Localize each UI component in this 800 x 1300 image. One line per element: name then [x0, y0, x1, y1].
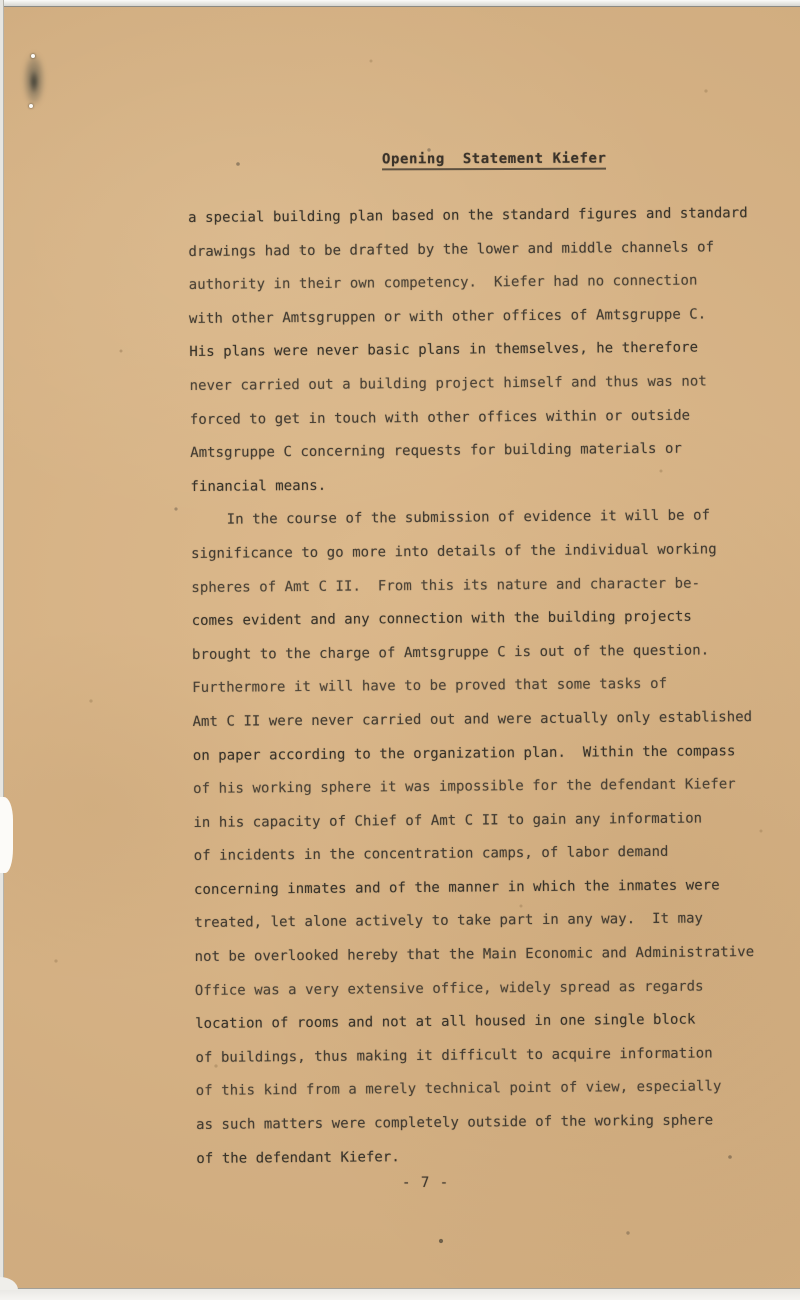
text-line: with other Amtsgruppen or with other off…: [189, 298, 789, 337]
text-line: His plans were never basic plans in them…: [189, 331, 789, 370]
staple-hole: [31, 54, 35, 58]
text-line: Furthermore it will have to be proved th…: [192, 667, 792, 706]
text-line: of incidents in the concentration camps,…: [194, 835, 794, 874]
text-line: treated, let alone actively to take part…: [194, 902, 794, 941]
text-body: a special building plan based on the sta…: [188, 197, 796, 1176]
text-line: Office was a very extensive office, wide…: [195, 969, 795, 1008]
page-number: - 7 -: [402, 1175, 449, 1191]
text-line: a special building plan based on the sta…: [188, 197, 788, 236]
text-line: spheres of Amt C II. From this its natur…: [191, 566, 791, 605]
paper-corner-bottom-left: [0, 1277, 18, 1290]
text-line: comes evident and any connection with th…: [192, 600, 792, 639]
staple-smudge-core: [28, 66, 40, 98]
text-line: brought to the charge of Amtsgruppe C is…: [192, 633, 792, 672]
text-line: in his capacity of Chief of Amt C II to …: [193, 801, 793, 840]
text-line: drawings had to be drafted by the lower …: [188, 230, 788, 269]
text-line: authority in their own competency. Kiefe…: [189, 264, 789, 303]
text-line: financial means.: [190, 466, 790, 505]
text-line: of his working sphere it was impossible …: [193, 768, 793, 807]
scan-edge-bottom: [0, 1288, 800, 1300]
staple-hole: [29, 104, 33, 108]
scan-edge-top: [0, 0, 800, 7]
text-line: Amtsgruppe C concerning requests for bui…: [190, 432, 790, 471]
text-line: on paper according to the organization p…: [193, 734, 793, 773]
scanned-document-page: Opening Statement Kiefer a special build…: [0, 0, 800, 1300]
text-line: of the defendant Kiefer.: [196, 1137, 796, 1176]
text-line: Amt C II were never carried out and were…: [192, 701, 792, 740]
text-line: not be overlooked hereby that the Main E…: [194, 936, 794, 975]
text-line: In the course of the submission of evide…: [191, 499, 791, 538]
text-line: as such matters were completely outside …: [196, 1104, 796, 1143]
text-line: forced to get in touch with other office…: [190, 398, 790, 437]
text-line: of this kind from a merely technical poi…: [196, 1070, 796, 1109]
text-line: of buildings, thus making it difficult t…: [195, 1037, 795, 1076]
text-line: significance to go more into details of …: [191, 533, 791, 572]
text-line: never carried out a building project him…: [189, 365, 789, 404]
text-line: location of rooms and not at all housed …: [195, 1003, 795, 1042]
document-title: Opening Statement Kiefer: [382, 151, 607, 171]
scan-edge-left: [0, 0, 4, 1300]
torn-edge-notch: [0, 797, 13, 873]
text-line: concerning inmates and of the manner in …: [194, 869, 794, 908]
